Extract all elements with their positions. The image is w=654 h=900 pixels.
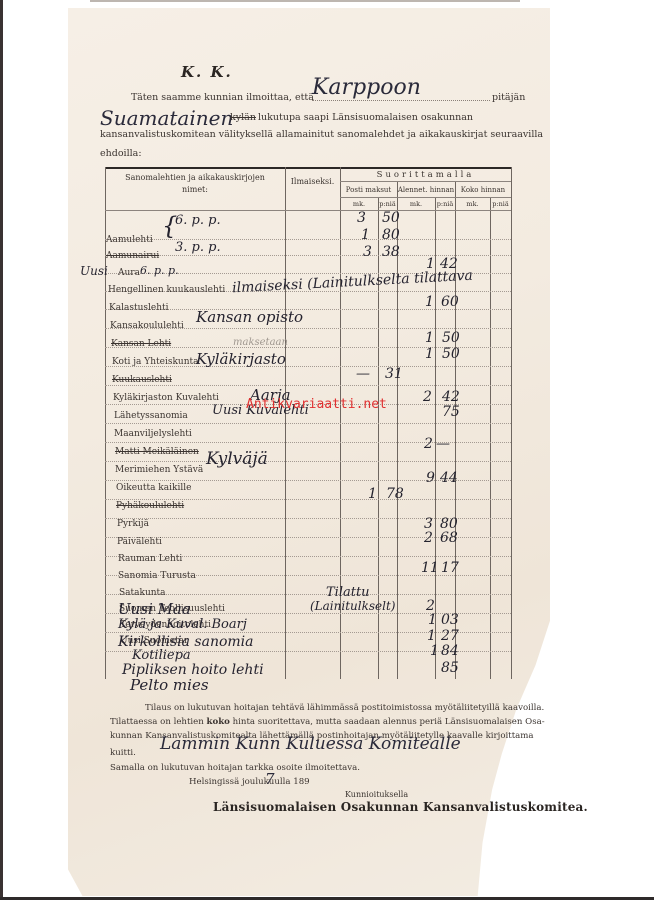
header-free: Ilmaiseksi. [285,177,340,186]
handwritten-note: Tilattu [326,585,370,600]
amount-mk: 1 [426,256,435,272]
header-alennet: Alennet. hinnan [397,186,455,194]
amount-mk: 1 [425,346,434,362]
header-names-2: nimet: [105,185,285,194]
handwritten-extra-title: Uusi Maa [118,600,191,618]
handwritten-note: 6. p. p. [140,264,179,277]
handwritten-extra-title: Kotiliepa [132,648,191,663]
handwritten-note: Kyläkirjasto [196,350,286,368]
photo-top-edge [90,0,520,2]
amount-mk: 1 [430,643,439,659]
amount-penni: 78 [386,486,404,502]
row-name: Kansakoululehti [110,321,184,331]
handwritten-village: Suamatainen [100,106,233,130]
header-penni: p:niä [435,200,455,208]
footer-place-date: Helsingissä joulukuulla 189 [189,777,310,787]
handwritten-note: Kylväjä [206,449,268,469]
amount-mk: — [356,366,370,382]
footer-para4: kuitti. [110,748,136,758]
row-name: Kuukauslehti [112,375,172,385]
footer-para2a: Tilattaessa on lehtien [110,717,204,727]
amount-penni: 31 [385,366,403,382]
handwritten-note: 3. p. p. [175,240,221,255]
row-name: Oikeutta kaikille [116,483,191,493]
row-rule [105,423,511,424]
amount-penni: 80 [382,227,400,243]
amount-penni: 44 [440,470,458,486]
header-names: Sanomalehtien ja aikakauskirjojen [105,173,285,182]
amount-mk: 9 [426,470,435,486]
row-name: Kalastuslehti [109,303,168,313]
handwritten-note: 6. p. p. [175,213,221,228]
header-paying: Suorittamalla [340,170,511,180]
row-name: Hengellinen kuukauslehti [108,285,225,295]
amount-penni: 75 [442,404,460,420]
handwritten-note: (Lainitulkselt) [310,599,395,613]
header-mk: mk. [340,200,378,208]
intro-text-line1: Täten saamme kunnian ilmoittaa, että [131,92,314,103]
row-rule [105,499,511,500]
row-rule [105,442,511,443]
row-name: Päivälehti [117,537,162,547]
row-name: Aamulehti [106,235,153,245]
row-name: Satakunta [119,588,166,598]
amount-mk: 1 [425,330,434,346]
table-top-rule [105,167,512,169]
header-rule [340,181,511,182]
footer-para2: Tilattaessa on lehtien koko hinta suorit… [110,717,545,727]
header-rule [340,197,511,198]
row-name: Matti Meikäläinen [115,447,199,457]
handwritten-note: Kansan opisto [196,308,303,326]
handwritten-note: maksetaan [233,337,288,348]
footer-para2b: hinta suoritettava, mutta saadaan alennu… [233,717,545,727]
header-posti: Posti maksut [340,186,397,194]
handwritten-parish: Karppoon [312,76,490,101]
header-rule [105,210,511,211]
row-name: Pyrkijä [117,519,149,529]
col-line [511,167,512,679]
header-mk: mk. [455,200,490,208]
amount-penni: 60 [441,294,459,310]
row-rule [105,385,511,386]
watermark-text: Antikvariaatti.net [246,397,387,412]
photo-left-edge [0,0,3,900]
footer-address: Samalla on lukutuvan hoitajan tarkka oso… [110,763,360,773]
amount-mk: 1 [368,486,377,502]
amount-penni: — [436,436,450,452]
amount-mk: 1 [427,628,436,644]
handwritten-extra-title: Kylä ja Kuval. Boarj [118,617,247,632]
amount-mk: 1 [428,612,437,628]
amount-mk: 1 [361,227,370,243]
amount-penni: 03 [441,612,459,628]
row-name: Kyläkirjaston Kuvalehti [113,393,219,403]
row-name: Lähetyssanomia [114,411,188,421]
row-name: Aura [118,268,140,278]
amount-mk: 1 [425,294,434,310]
header-mk: mk. [397,200,435,208]
amount-mk: 11 [421,560,439,576]
amount-mk: 3 [363,244,372,260]
row-name: Kansan Lehti [111,339,171,349]
intro-text-line3: kansanvalistuskomitean välityksellä alla… [100,129,543,140]
amount-penni: 68 [440,530,458,546]
header-penni: p:niä [378,200,397,208]
amount-mk: 2 [424,530,433,546]
footer-signature: Länsisuomalaisen Osakunnan Kansanvalistu… [213,800,588,814]
intro-text-pitajan: pitäjän [492,92,525,103]
handwritten-extra-title: Pelto mies [130,676,209,694]
amount-penni: 85 [441,660,459,676]
header-koko: Koko hinnan [455,186,511,194]
amount-penni: 50 [442,346,460,362]
amount-penni: 84 [441,643,459,659]
amount-penni: 42 [440,256,458,272]
struck-kylan: kylän [230,112,256,123]
footer-para1: Tilaus on lukutuvan hoitajan tehtävä läh… [145,703,544,713]
row-name: Rauman Lehti [118,554,182,564]
document-initials: K. K. [181,63,233,81]
row-name: Sanomia Turusta [118,571,196,581]
row-name: Aamunairui [106,251,159,261]
handwritten-kuitti: Lammin Kunn Kuluessa Komitealle [160,734,461,754]
row-name: Maanviljelyslehti [114,429,192,439]
handwritten-year: 7 [265,770,275,788]
handwritten-note: Uusi [80,264,108,278]
amount-penni: 27 [441,628,459,644]
amount-penni: 50 [382,210,400,226]
row-name: Koti ja Yhteiskunta [112,357,198,367]
amount-mk: 3 [357,210,366,226]
amount-mk: 2 [424,436,433,452]
row-name: Pyhäkoululehti [116,501,184,511]
amount-penni: 50 [442,330,460,346]
intro-text-line4: ehdoilla: [100,148,142,159]
intro-text-line2: lukutupa saapi Länsisuomalaisen osakunna… [258,112,473,123]
amount-penni: 42 [442,389,460,405]
amount-mk: 2 [423,389,432,405]
row-name: Merimiehen Ystävä [115,465,203,475]
header-penni: p:niä [490,200,511,208]
amount-penni: 38 [382,244,400,260]
footer-para2-bold: koko [207,717,230,727]
amount-penni: 17 [441,560,459,576]
footer-regards: Kunnioituksella [345,790,408,799]
row-rule [105,461,511,462]
col-line [490,197,491,679]
